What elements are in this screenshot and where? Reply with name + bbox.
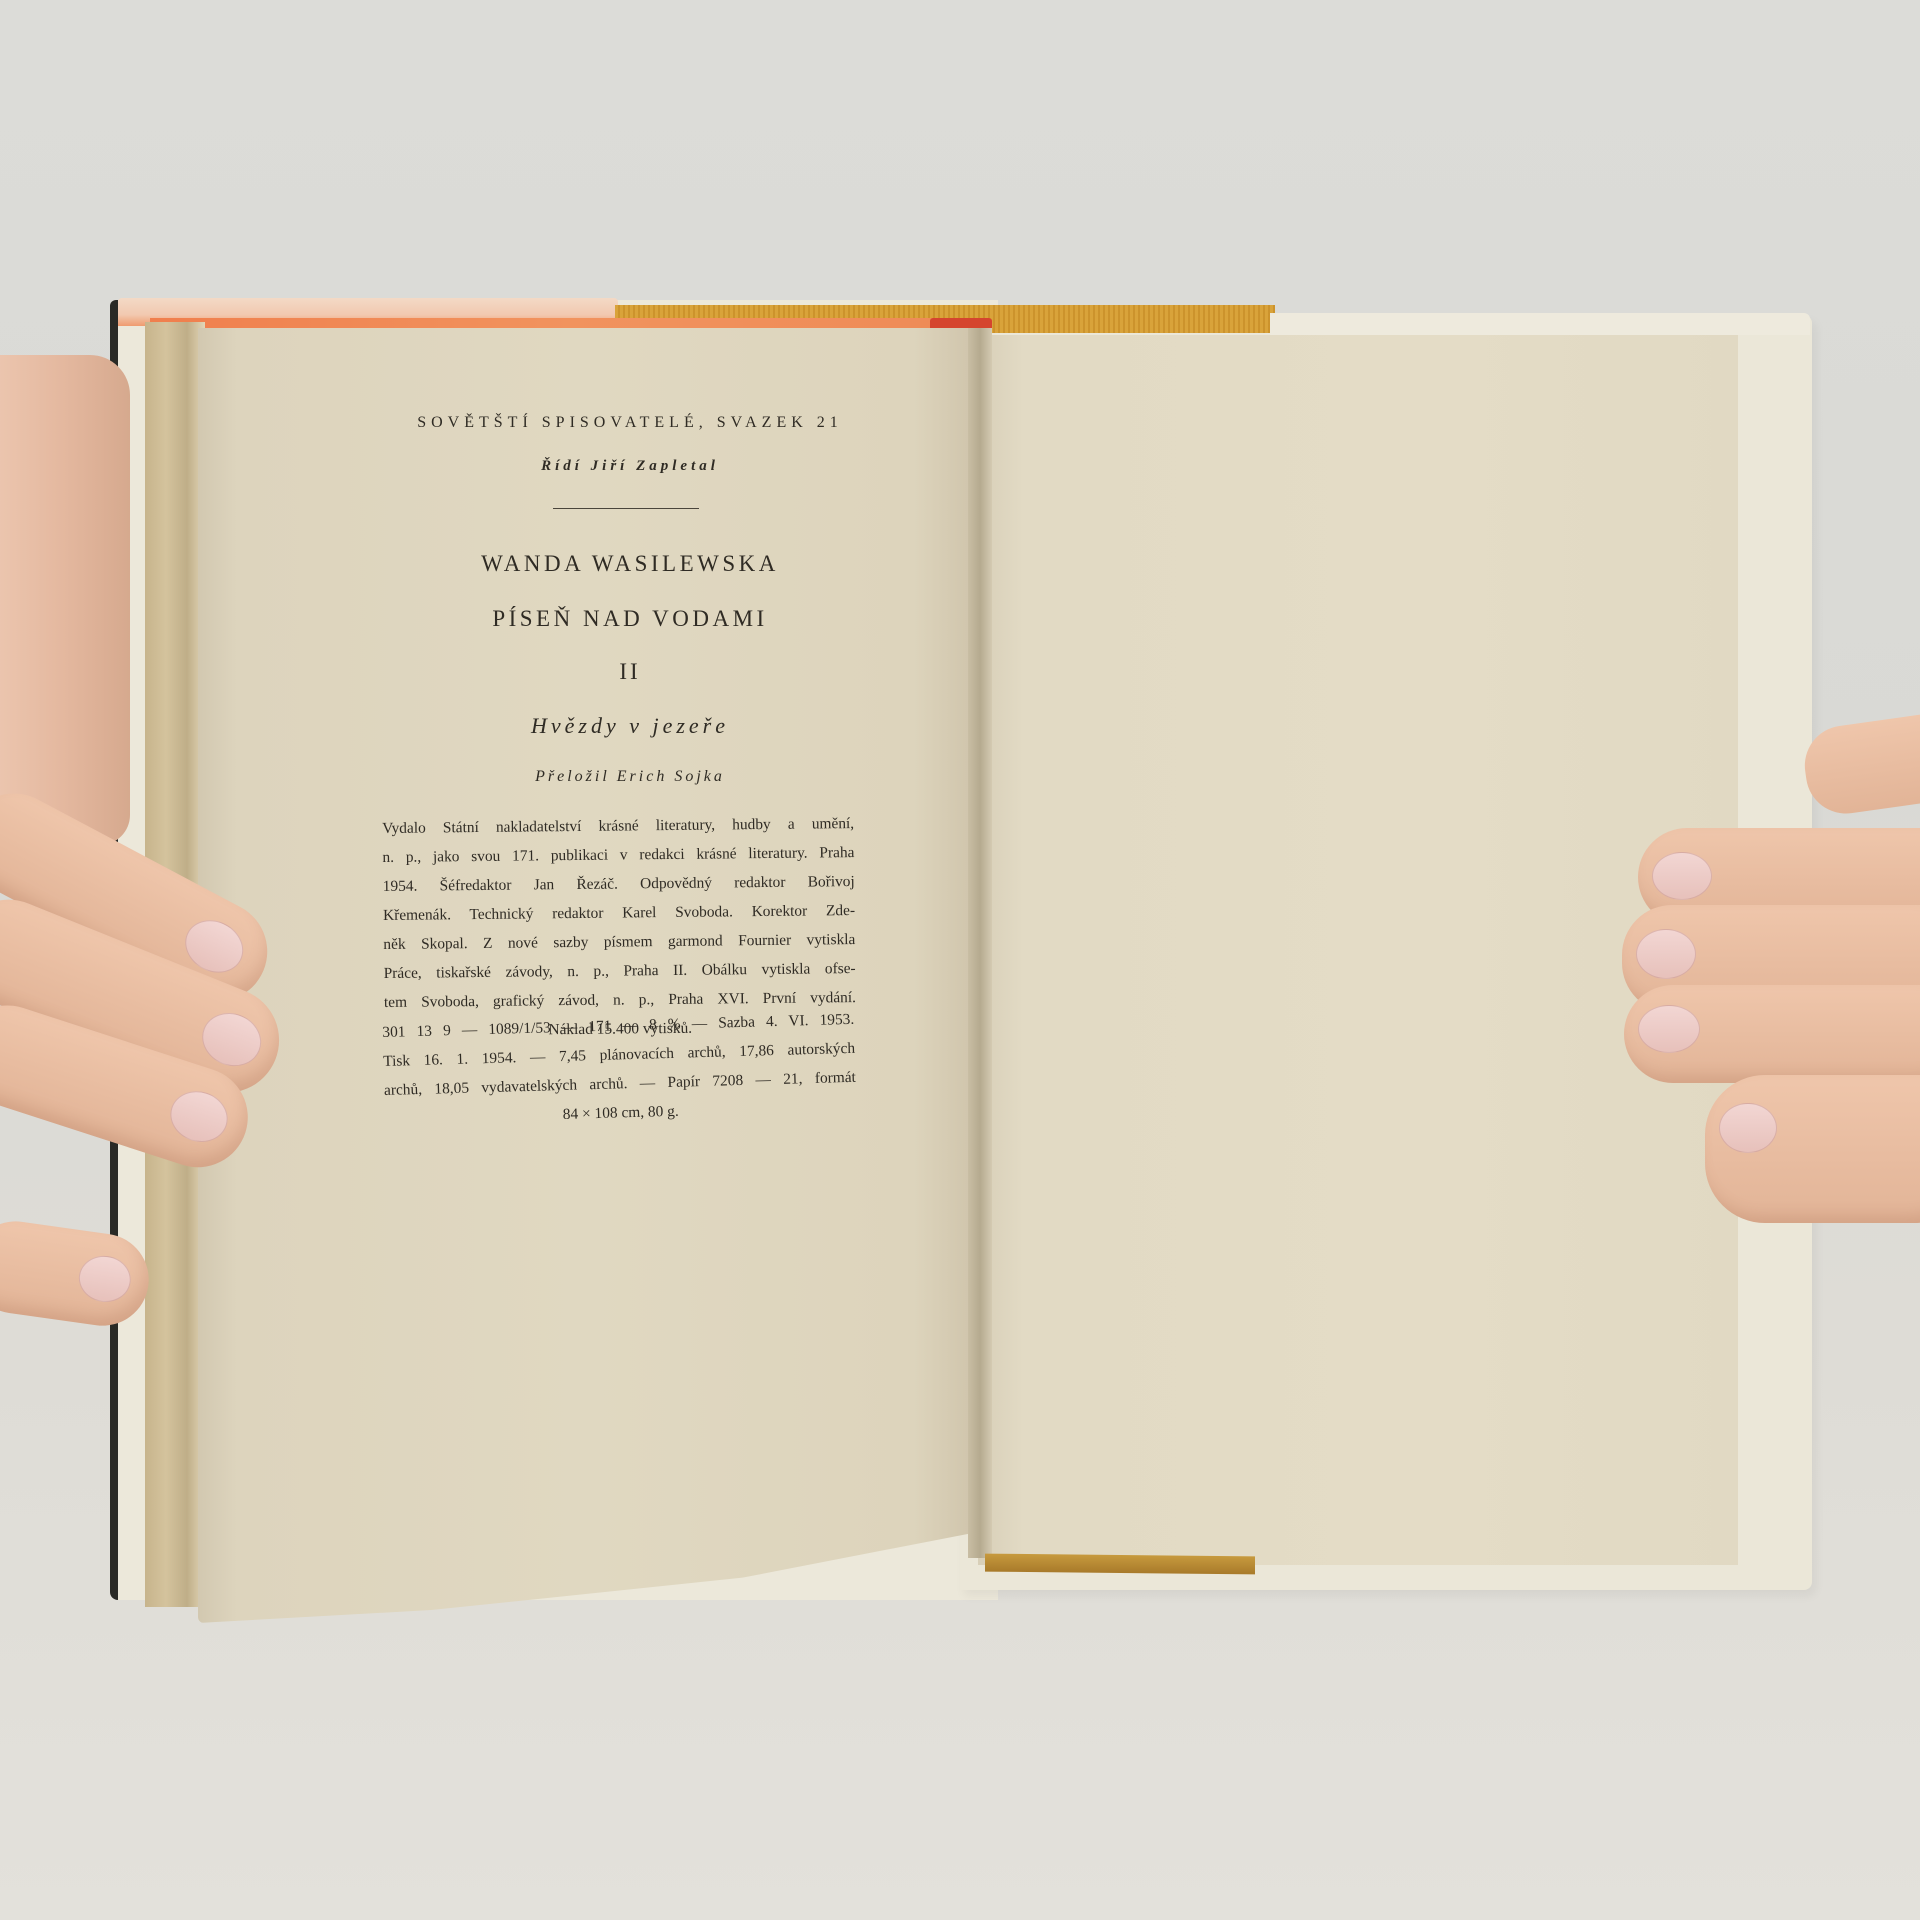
book-subtitle: Hvězdy v jezeře xyxy=(450,713,810,739)
author-name: WANDA WASILEWSKA xyxy=(400,551,860,577)
editor-line: Řídí Jiří Zapletal xyxy=(430,458,830,475)
right-finger-pinky xyxy=(1705,1075,1920,1223)
left-forearm xyxy=(0,355,130,845)
right-finger-ring xyxy=(1624,985,1920,1083)
translator-line: Přeložil Erich Sojka xyxy=(450,768,810,786)
book-gutter xyxy=(968,328,992,1558)
volume-number: II xyxy=(560,659,700,685)
dust-jacket-top-edge-right xyxy=(1270,313,1810,335)
series-line: SOVĚTŠTÍ SPISOVATELÉ, SVAZEK 21 xyxy=(380,414,880,432)
spine-cloth-bottom xyxy=(985,1554,1255,1575)
book-title: PÍSEŇ NAD VODAMI xyxy=(400,606,860,632)
right-thumb xyxy=(1800,709,1920,818)
print-details: 301 13 9 — 1089/1/53 — 171 — 8 % — Sazba… xyxy=(382,1005,857,1134)
divider-rule xyxy=(553,508,699,509)
